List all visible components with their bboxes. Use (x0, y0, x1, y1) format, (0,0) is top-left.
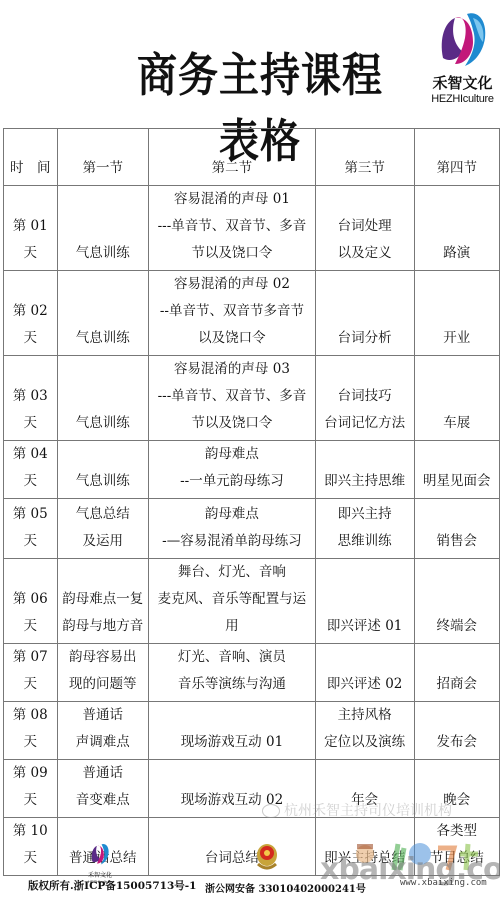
icp-link[interactable]: 版权所有.浙ICP备15005713号-1 (28, 878, 196, 893)
session-1-cell: 普通话声调难点 (57, 702, 149, 760)
cell-line: 台词总结 (151, 845, 313, 872)
cell-line: 发布会 (417, 729, 497, 756)
session-4-cell: 开业 (414, 271, 499, 356)
cell-line: 节以及饶口令 (151, 410, 313, 437)
day-cell: 第 09 天 (4, 760, 58, 818)
day-cell: 第 08 天 (4, 702, 58, 760)
cell-line: 容易混淆的声母 02 (151, 271, 313, 298)
cell-line: 现场游戏互动 02 (151, 787, 313, 814)
session-4-cell: 明星见面会 (414, 441, 499, 499)
session-1-cell: 气息训练 (57, 186, 149, 271)
session-3-cell: 年会 (315, 760, 414, 818)
cell-line: 气息训练 (60, 410, 147, 437)
cell-line: -—容易混淆单韵母练习 (151, 528, 313, 555)
cell-line: 韵母难点一复 (60, 586, 147, 613)
cell-line: 台词处理 (318, 213, 412, 240)
cell-line: 以及饶口令 (151, 325, 313, 352)
session-2-cell: 容易混淆的声母 03---单音节、双音节、多音节以及饶口令 (149, 356, 316, 441)
cell-line: 即兴评述 01 (318, 613, 412, 640)
header-session-4: 第四节 (414, 129, 499, 186)
cell-line: 普通话 (60, 702, 147, 729)
header-time: 时 间 (4, 129, 58, 186)
session-4-cell: 车展 (414, 356, 499, 441)
brand-name-cn: 禾智文化 (425, 72, 500, 93)
session-4-cell: 晚会 (414, 760, 499, 818)
day-label: 第 02 天 (6, 298, 55, 352)
cell-line: 即兴主持 (318, 501, 412, 528)
table-row: 第 09 天普通话音变难点现场游戏互动 02年会晚会 (4, 760, 500, 818)
day-label: 第 03 天 (6, 383, 55, 437)
session-3-cell: 台词技巧台词记忆方法 (315, 356, 414, 441)
cell-line: 台词技巧 (318, 383, 412, 410)
cell-line: 声调难点 (60, 729, 147, 756)
day-cell: 第 02 天 (4, 271, 58, 356)
cell-line: 韵母与地方音 (60, 613, 147, 640)
day-label: 第 07 天 (6, 644, 55, 698)
police-badge-icon (255, 842, 279, 872)
cell-line: 销售会 (417, 528, 497, 555)
day-cell: 第 10 天 (4, 818, 58, 876)
session-2-cell: 台词总结 (149, 818, 316, 876)
header-row: 时 间 第一节 第二节 第三节 第四节 (4, 129, 500, 186)
table-row: 第 01 天气息训练容易混淆的声母 01---单音节、双音节、多音节以及饶口令台… (4, 186, 500, 271)
cell-line: 现的问题等 (60, 671, 147, 698)
session-1-cell: 普通话音变难点 (57, 760, 149, 818)
cell-line: ---单音节、双音节、多音 (151, 383, 313, 410)
session-3-cell: 台词处理以及定义 (315, 186, 414, 271)
course-schedule-table: 时 间 第一节 第二节 第三节 第四节 第 01 天气息训练容易混淆的声母 01… (3, 128, 500, 876)
session-3-cell: 主持风格定位以及演练 (315, 702, 414, 760)
xbaixing-url[interactable]: www.xbaixing.com (400, 878, 487, 888)
day-cell: 第 01 天 (4, 186, 58, 271)
day-label: 第 09 天 (6, 760, 55, 814)
session-4-cell: 路演 (414, 186, 499, 271)
day-cell: 第 03 天 (4, 356, 58, 441)
cell-line: 定位以及演练 (318, 729, 412, 756)
cell-line: 容易混淆的声母 03 (151, 356, 313, 383)
cell-line: 年会 (318, 787, 412, 814)
cell-line: --单音节、双音节多音节 (151, 298, 313, 325)
brand-logo: 禾智文化 HEZHIculture (425, 8, 500, 105)
cell-line: 晚会 (417, 787, 497, 814)
session-1-cell: 韵母容易出现的问题等 (57, 644, 149, 702)
hezhi-logo-icon (437, 8, 489, 70)
day-label: 第 06 天 (6, 586, 55, 640)
session-2-cell: 灯光、音响、演员音乐等演练与沟通 (149, 644, 316, 702)
cell-line: 台词分析 (318, 325, 412, 352)
cell-line: 音变难点 (60, 787, 147, 814)
cell-line: 舞台、灯光、音响 (151, 559, 313, 586)
cell-line: 灯光、音响、演员 (151, 644, 313, 671)
header-session-2: 第二节 (149, 129, 316, 186)
session-4-cell: 发布会 (414, 702, 499, 760)
cell-line: 主持风格 (318, 702, 412, 729)
session-1-cell: 气息训练 (57, 271, 149, 356)
cell-line: --一单元韵母练习 (151, 468, 313, 495)
cell-line: 普通话 (60, 760, 147, 787)
cell-line: 气息训练 (60, 240, 147, 267)
table-row: 第 08 天普通话声调难点现场游戏互动 01主持风格定位以及演练发布会 (4, 702, 500, 760)
cell-line: 车展 (417, 410, 497, 437)
day-label: 第 05 天 (6, 501, 55, 555)
cell-line: 音乐等演练与沟通 (151, 671, 313, 698)
session-2-cell: 容易混淆的声母 01---单音节、双音节、多音节以及饶口令 (149, 186, 316, 271)
cell-line: 即兴主持思维 (318, 468, 412, 495)
cell-line: 以及定义 (318, 240, 412, 267)
cell-line: 韵母难点 (151, 501, 313, 528)
day-label: 第 08 天 (6, 702, 55, 756)
cell-line: 韵母容易出 (60, 644, 147, 671)
session-4-cell: 终端会 (414, 559, 499, 644)
session-4-cell: 招商会 (414, 644, 499, 702)
session-2-cell: 现场游戏互动 02 (149, 760, 316, 818)
hezhi-logo-small-icon (89, 842, 111, 866)
day-cell: 第 04 天 (4, 441, 58, 499)
session-2-cell: 现场游戏互动 01 (149, 702, 316, 760)
day-label: 第 01 天 (6, 213, 55, 267)
cell-line: 路演 (417, 240, 497, 267)
cell-line: 韵母难点 (151, 441, 313, 468)
session-3-cell: 台词分析 (315, 271, 414, 356)
day-cell: 第 06 天 (4, 559, 58, 644)
cell-line: 气息总结 (60, 501, 147, 528)
session-2-cell: 容易混淆的声母 02--单音节、双音节多音节以及饶口令 (149, 271, 316, 356)
day-cell: 第 05 天 (4, 499, 58, 559)
cell-line: 容易混淆的声母 01 (151, 186, 313, 213)
cell-line: 招商会 (417, 671, 497, 698)
cell-line: 气息训练 (60, 468, 147, 495)
session-1-cell: 韵母难点一复韵母与地方音 (57, 559, 149, 644)
xbaixing-watermark: xbaixing.com www.xbaixing.com (320, 840, 500, 900)
session-3-cell: 即兴评述 01 (315, 559, 414, 644)
cell-line: 节以及饶口令 (151, 240, 313, 267)
day-cell: 第 07 天 (4, 644, 58, 702)
session-3-cell: 即兴主持思维训练 (315, 499, 414, 559)
day-label: 第 04 天 (6, 441, 55, 495)
brand-name-en: HEZHIculture (425, 93, 500, 105)
cell-line: 气息训练 (60, 325, 147, 352)
header-session-3: 第三节 (315, 129, 414, 186)
session-2-cell: 韵母难点--一单元韵母练习 (149, 441, 316, 499)
session-1-cell: 气息训练 (57, 356, 149, 441)
session-3-cell: 即兴主持思维 (315, 441, 414, 499)
table-row: 第 05 天气息总结及运用韵母难点-—容易混淆单韵母练习即兴主持思维训练销售会 (4, 499, 500, 559)
cell-line: 思维训练 (318, 528, 412, 555)
table-row: 第 03 天气息训练容易混淆的声母 03---单音节、双音节、多音节以及饶口令台… (4, 356, 500, 441)
cell-line: ---单音节、双音节、多音 (151, 213, 313, 240)
header-session-1: 第一节 (57, 129, 149, 186)
session-3-cell: 即兴评述 02 (315, 644, 414, 702)
session-1-cell: 气息总结及运用 (57, 499, 149, 559)
session-1-cell: 气息训练 (57, 441, 149, 499)
cell-line: 麦克风、音乐等配置与运用 (151, 586, 313, 640)
cell-line: 台词记忆方法 (318, 410, 412, 437)
table-row: 第 02 天气息训练容易混淆的声母 02--单音节、双音节多音节以及饶口令台词分… (4, 271, 500, 356)
session-2-cell: 韵母难点-—容易混淆单韵母练习 (149, 499, 316, 559)
cell-line: 开业 (417, 325, 497, 352)
session-4-cell: 销售会 (414, 499, 499, 559)
table-row: 第 07 天韵母容易出现的问题等灯光、音响、演员音乐等演练与沟通即兴评述 02招… (4, 644, 500, 702)
session-2-cell: 舞台、灯光、音响麦克风、音乐等配置与运用 (149, 559, 316, 644)
cell-line: 及运用 (60, 528, 147, 555)
cell-line: 现场游戏互动 01 (151, 729, 313, 756)
day-label: 第 10 天 (6, 818, 55, 872)
cell-line: 终端会 (417, 613, 497, 640)
cell-line: 明星见面会 (417, 468, 497, 495)
table-row: 第 06 天韵母难点一复韵母与地方音舞台、灯光、音响麦克风、音乐等配置与运用即兴… (4, 559, 500, 644)
table-row: 第 04 天气息训练韵母难点--一单元韵母练习即兴主持思维明星见面会 (4, 441, 500, 499)
cell-line: 即兴评述 02 (318, 671, 412, 698)
